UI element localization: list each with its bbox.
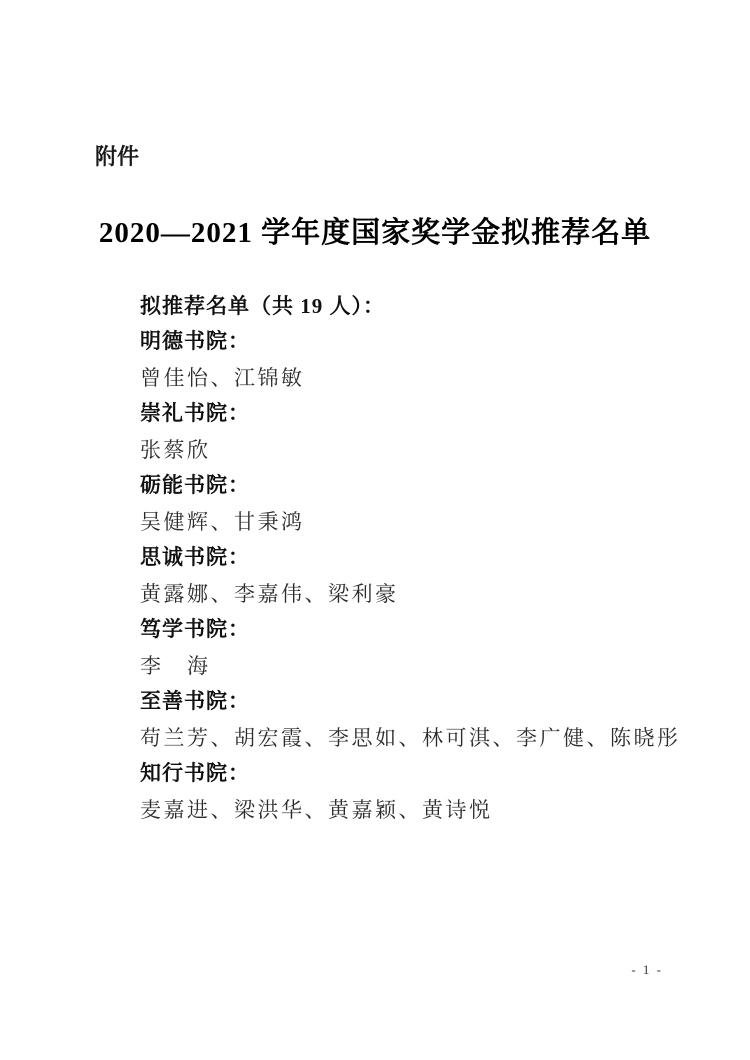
college-name: 明德书院： — [140, 324, 690, 360]
college-name: 砺能书院： — [140, 468, 690, 504]
college-name: 知行书院： — [140, 756, 690, 792]
student-names: 吴健辉、甘秉鸿 — [140, 504, 690, 540]
recommendation-list: 拟推荐名单（共 19 人）： 明德书院： 曾佳怡、江锦敏 崇礼书院： 张蔡欣 砺… — [140, 288, 690, 828]
student-names: 张蔡欣 — [140, 432, 690, 468]
college-name: 至善书院： — [140, 684, 690, 720]
student-names: 黄露娜、李嘉伟、梁利豪 — [140, 576, 690, 612]
page-number: - 1 - — [631, 962, 663, 978]
document-page: 附件 2020—2021 学年度国家奖学金拟推荐名单 拟推荐名单（共 19 人）… — [0, 0, 750, 1060]
student-names: 李 海 — [140, 648, 690, 684]
student-names: 麦嘉进、梁洪华、黄嘉颖、黄诗悦 — [140, 792, 690, 828]
college-name: 崇礼书院： — [140, 396, 690, 432]
college-name: 思诚书院： — [140, 540, 690, 576]
document-title: 2020—2021 学年度国家奖学金拟推荐名单 — [0, 210, 750, 251]
student-names: 苟兰芳、胡宏霞、李思如、林可淇、李广健、陈晓彤 — [140, 720, 690, 756]
list-header: 拟推荐名单（共 19 人）： — [140, 288, 690, 324]
attachment-label: 附件 — [95, 140, 139, 171]
student-names: 曾佳怡、江锦敏 — [140, 360, 690, 396]
college-name: 笃学书院： — [140, 612, 690, 648]
